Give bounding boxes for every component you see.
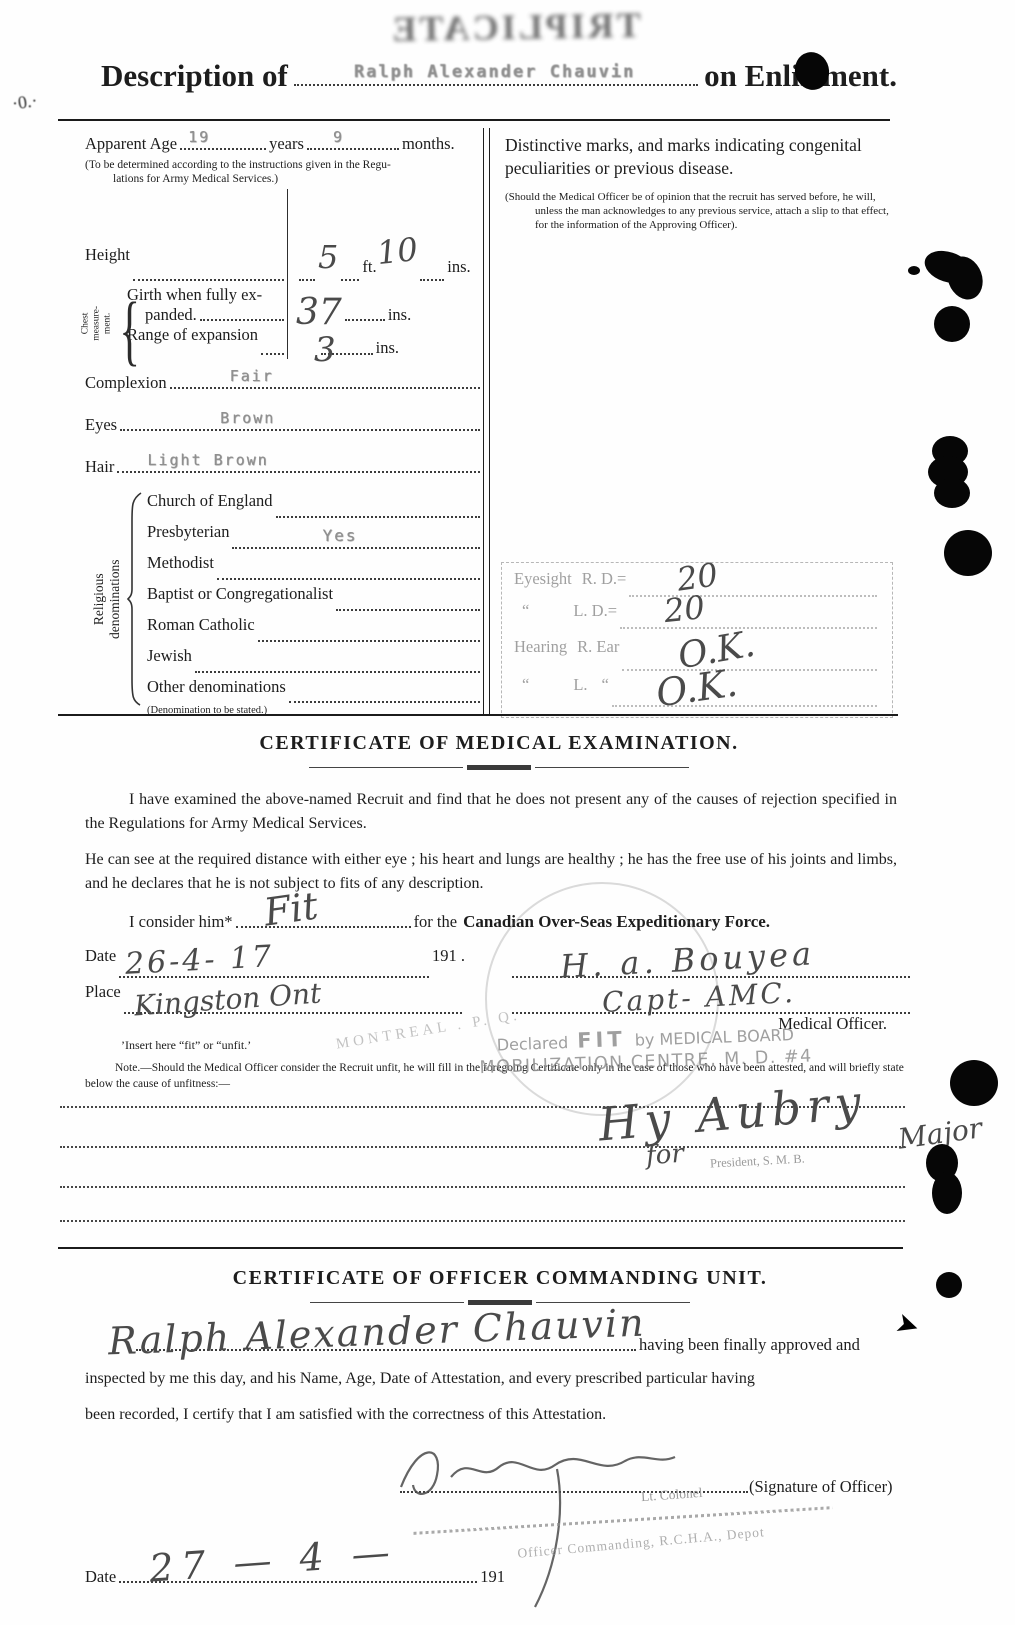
apparent-age-label: Apparent Age bbox=[85, 134, 177, 154]
board-president-stamp: President, S. M. B. bbox=[710, 1152, 805, 1172]
section-rule-2 bbox=[58, 1247, 903, 1249]
triplicate-stamp: TRIPLICATE bbox=[300, 2, 731, 51]
unfitness-line-4 bbox=[60, 1220, 905, 1222]
girth-label-1: Girth when fully ex- bbox=[127, 285, 287, 305]
age-months-value: 9 bbox=[333, 128, 344, 146]
religion-brace bbox=[127, 491, 147, 707]
height-value-cell: 5 ft. 10 ins. bbox=[287, 245, 483, 285]
girth-value-cell: 37 ins. bbox=[287, 285, 483, 325]
complexion-row: Complexion Fair bbox=[85, 373, 483, 393]
description-left-column: Apparent Age 19 years 9 months. (To be d… bbox=[85, 128, 483, 716]
officer-signature-label: (Signature of Officer) bbox=[749, 1477, 893, 1497]
senses-stamp-box: Eyesight R. D.= 20 “ L. D.= 20 Hearing R… bbox=[501, 562, 893, 718]
board-signature-script: Hy Aubry bbox=[597, 1078, 869, 1147]
board-signature-for: for bbox=[645, 1141, 684, 1170]
presbyterian-value: Yes bbox=[322, 526, 357, 545]
hair-row: Hair Light Brown bbox=[85, 457, 483, 477]
officer-certificate-section: CERTIFICATE OF OFFICER COMMANDING UNIT. … bbox=[85, 1255, 915, 1587]
range-value: 3 bbox=[314, 333, 336, 367]
religion-row: Baptist or Congregationalist bbox=[147, 584, 483, 615]
religion-row: Other denominations bbox=[147, 677, 483, 707]
officer-signature-scribble bbox=[385, 1415, 715, 1525]
description-columns: Apparent Age 19 years 9 months. (To be d… bbox=[85, 128, 891, 716]
religion-side-label: Religious denominations bbox=[91, 499, 123, 699]
officer-heading: CERTIFICATE OF OFFICER COMMANDING UNIT. bbox=[85, 1267, 915, 1290]
consider-mid: for the bbox=[414, 912, 458, 932]
eyes-value: Brown bbox=[220, 409, 275, 427]
title-name-line: Ralph Alexander Chauvin bbox=[294, 80, 698, 86]
distinctive-marks-note: (Should the Medical Officer be of opinio… bbox=[505, 190, 891, 233]
ink-blot bbox=[932, 1172, 962, 1214]
height-ins-unit: ins. bbox=[447, 257, 470, 277]
officer-date-year: 191 bbox=[480, 1567, 505, 1587]
range-label: Range of expansion bbox=[127, 325, 258, 345]
medical-date-value: 26-4- 17 bbox=[124, 942, 275, 980]
medical-date-row: Date 26-4- 17 191 . bbox=[85, 946, 465, 982]
medical-place-row: Place Kingston Ont bbox=[85, 982, 465, 1018]
height-ft-value: 5 bbox=[318, 241, 338, 273]
medical-place-label: Place bbox=[85, 982, 121, 1002]
religion-block: Religious denominations Church of Englan… bbox=[85, 491, 483, 716]
title-prefix: Description of bbox=[101, 58, 288, 94]
fit-value: Fit bbox=[261, 886, 320, 931]
eyes-label: Eyes bbox=[85, 415, 117, 435]
round-stamp-circle bbox=[485, 882, 719, 1116]
religion-row: Methodist bbox=[147, 553, 483, 584]
description-right-column: Distinctive marks, and marks indicating … bbox=[491, 128, 891, 716]
medical-date-year: 191 . bbox=[432, 946, 465, 966]
ink-blot bbox=[934, 306, 970, 342]
form-title: Description of Ralph Alexander Chauvin o… bbox=[85, 58, 897, 94]
eyesight-ld-value: 20 bbox=[662, 591, 706, 627]
officer-para-2: inspected by me this day, and his Name, … bbox=[85, 1367, 907, 1391]
range-label-cell: Range of expansion bbox=[85, 325, 287, 359]
column-divider bbox=[483, 128, 490, 716]
religion-items: Church of England Presbyterian Yes Metho… bbox=[147, 491, 483, 716]
chest-side-label: Chest measure- ment. bbox=[81, 281, 114, 365]
height-ins-value: 10 bbox=[375, 233, 419, 269]
girth-value: 37 bbox=[296, 295, 342, 331]
medical-para-2: He can see at the required distance with… bbox=[85, 848, 897, 896]
religion-row: Church of England bbox=[147, 491, 483, 522]
officer-name-row: Ralph Alexander Chauvin having been fina… bbox=[85, 1335, 915, 1355]
religion-row: Roman Catholic bbox=[147, 615, 483, 646]
hair-label: Hair bbox=[85, 457, 114, 477]
title-rule bbox=[58, 119, 890, 121]
medical-para-1: I have examined the above-named Recruit … bbox=[85, 788, 897, 836]
age-months-line: 9 bbox=[307, 144, 399, 150]
girth-label-2: panded. bbox=[145, 305, 197, 325]
measurements-block: Height 5 ft. 10 ins. Girth when fully ex… bbox=[85, 189, 483, 359]
officer-date-row: Date 27 — 4 — 191 bbox=[85, 1567, 505, 1587]
ink-blot bbox=[934, 478, 970, 508]
ink-blot bbox=[936, 1272, 962, 1298]
ornament-divider bbox=[309, 765, 689, 770]
attestation-form-page: TRIPLICATE ·0.· Description of Ralph Ale… bbox=[0, 0, 1015, 1625]
distinctive-marks-heading: Distinctive marks, and marks indicating … bbox=[505, 134, 891, 180]
officer-date-label: Date bbox=[85, 1567, 116, 1587]
age-years-value: 19 bbox=[188, 128, 210, 146]
officer-date-value: 27 — 4 — bbox=[148, 1532, 399, 1587]
ink-blot bbox=[908, 266, 920, 275]
recruit-name-typed: Ralph Alexander Chauvin bbox=[354, 62, 635, 82]
hearing-l-value: O.K. bbox=[654, 664, 740, 713]
consider-row: I consider him* Fit for the Canadian Ove… bbox=[85, 912, 913, 932]
height-label: Height bbox=[85, 245, 130, 265]
girth-unit: ins. bbox=[388, 305, 411, 325]
eyesight-ld-row: “ L. D.= 20 bbox=[514, 601, 880, 633]
commanding-stamp: Officer Commanding, R.C.H.A., Depot bbox=[517, 1524, 766, 1562]
officer-para-1: having been finally approved and bbox=[639, 1335, 860, 1355]
medical-heading: CERTIFICATE OF MEDICAL EXAMINATION. bbox=[85, 732, 913, 755]
medical-certificate-section: CERTIFICATE OF MEDICAL EXAMINATION. I ha… bbox=[85, 722, 913, 1092]
consider-prefix: I consider him* bbox=[129, 912, 233, 932]
height-ft-unit: ft. bbox=[362, 257, 376, 277]
age-note: (To be determined according to the instr… bbox=[85, 158, 483, 187]
height-label-cell: Height bbox=[85, 245, 287, 285]
section-rule-1 bbox=[58, 714, 898, 716]
age-years-line: 19 bbox=[180, 144, 266, 150]
medical-date-label: Date bbox=[85, 946, 116, 966]
age-years-unit: years bbox=[269, 134, 304, 154]
officer-signature-area: (Signature of Officer) Lt. Colonel Offic… bbox=[85, 1443, 915, 1539]
age-months-unit: months. bbox=[402, 134, 455, 154]
range-value-cell: 3 ins. bbox=[287, 325, 483, 359]
girth-label-cell: Girth when fully ex- panded. bbox=[85, 285, 287, 325]
apparent-age-row: Apparent Age 19 years 9 months. bbox=[85, 134, 483, 154]
complexion-value: Fair bbox=[230, 367, 274, 385]
recruit-name-script: Ralph Alexander Chauvin bbox=[108, 1304, 647, 1361]
religion-row: Jewish bbox=[147, 646, 483, 677]
margin-ink-mark: ·0.· bbox=[11, 90, 39, 114]
chest-brace: { bbox=[119, 285, 140, 375]
hair-value: Light Brown bbox=[147, 451, 268, 469]
medical-place-value: Kingston Ont bbox=[133, 979, 322, 1020]
ink-blot bbox=[944, 530, 992, 576]
ink-blot bbox=[950, 1060, 998, 1106]
range-unit: ins. bbox=[376, 338, 399, 358]
complexion-label: Complexion bbox=[85, 373, 167, 393]
religion-row: Presbyterian Yes bbox=[147, 522, 483, 553]
hearing-l-row: “ L. “ O.K. bbox=[514, 675, 880, 711]
eyes-row: Eyes Brown bbox=[85, 415, 483, 435]
